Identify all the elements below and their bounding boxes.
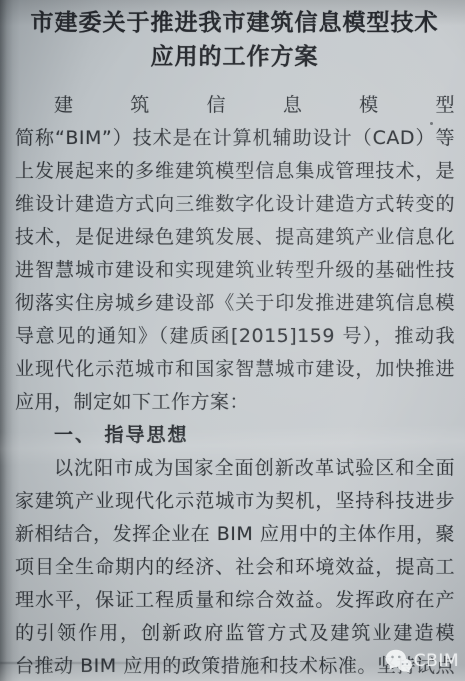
paper-crease [0,662,270,664]
wechat-icon [385,649,412,673]
wechat-watermark: CBIM [385,649,459,673]
document-photo: 市建委关于推进我市建筑信息模型技术 应用的工作方案 建筑信息模型（Buildin… [0,0,465,681]
paper-speck [407,597,410,599]
watermark-label: CBIM [414,651,459,671]
paper-speck [430,122,433,125]
photo-vignette [0,0,465,681]
